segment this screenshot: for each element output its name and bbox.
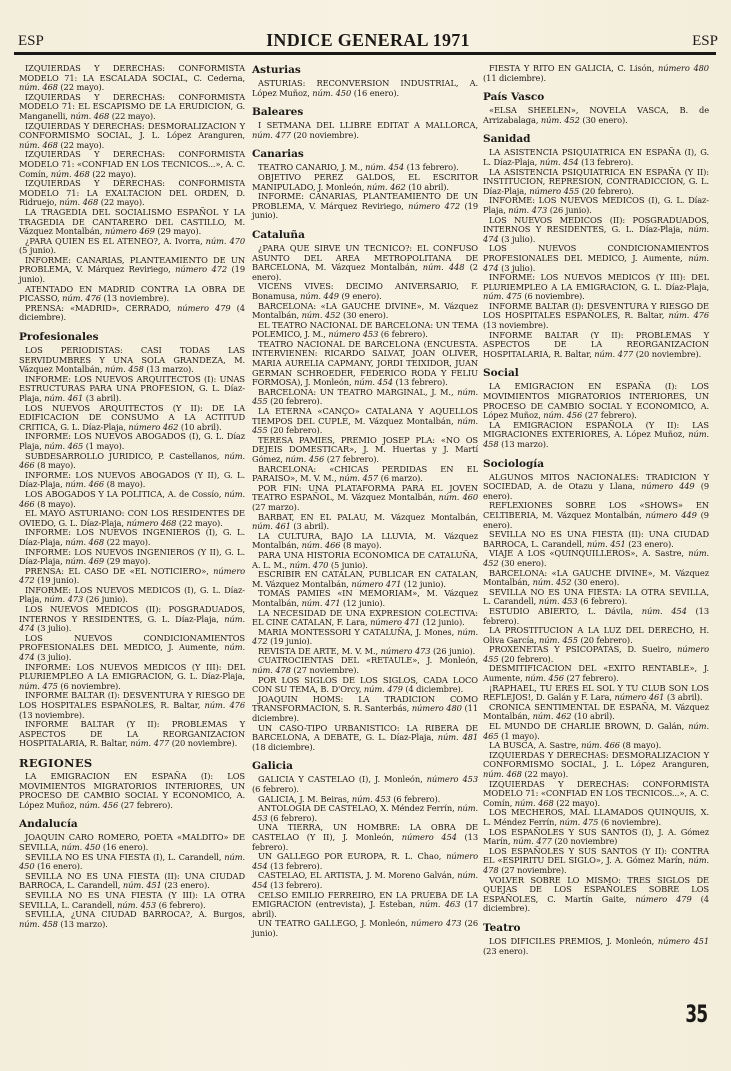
entry-title: ¿PARA QUIEN ES EL ATENEO? [25,236,158,246]
index-entry: BARCELONA: «LA GAUCHE DIVINE», M. Vázque… [252,302,478,321]
entry-title: SUBDESARROLLO JURIDICO [25,451,151,461]
index-entry: INFORME: LOS NUEVOS MEDICOS (Y III): DEL… [483,273,709,302]
entry-issue-number: núm. 477 [130,738,169,748]
entry-author: R. Baltar [554,349,590,359]
entry-date: (23 enero). [628,539,673,549]
entry-issue-number: número 453 [328,329,378,339]
entry-author: V. Márquez Reviriego [76,264,168,274]
entry-date: (22 mayo). [179,518,223,528]
entry-date: (13 marzo). [501,439,548,449]
index-entry: LOS ABOGADOS Y LA POLITICA, A. de Cossío… [19,490,245,509]
entry-author: C. Cederna [193,73,242,83]
index-entry: LOS MECHEROS, MAL LLAMADOS QUINQUIS, X. … [483,808,709,827]
index-entry: LOS DIFICILES PREMIOS, J. Monleón, númer… [483,937,709,956]
entry-issue-number: núm. 473 [44,594,83,604]
entry-date: (6 noviembre). [60,681,120,691]
section-heading: Sanidad [483,133,709,146]
entry-date: (6 febrero). [580,596,627,606]
entry-author: L. Carandell [61,900,112,910]
section-heading: Baleares [252,106,478,119]
index-entry: IZQUIERDAS Y DERECHAS: CONFORMISTA MODEL… [483,780,709,809]
index-entry: PROXENETAS Y PSICOPATAS, D. Sueiro, núme… [483,645,709,664]
index-entry: INFORME: LOS NUEVOS MEDICOS (I), G. L. D… [483,196,709,215]
entry-issue-number: número 449 [646,510,697,520]
index-entry: LA TRAGEDIA DEL SOCIALISMO ESPAÑOL Y LA … [19,208,245,237]
index-entry: INFORME BALTAR (Y II): PROBLEMAS Y ASPEC… [483,331,709,360]
entry-author: R. Baltar [90,738,126,748]
index-entry: POR FIN: UNA PLATAFORMA PARA EL JOVEN TE… [252,484,478,513]
entry-title: VICENS VIVES: DECIMO ANIVERSARIO [258,281,456,291]
entry-issue-number: número 454 [402,832,457,842]
index-entry: INFORME BALTAR (Y II): PROBLEMAS Y ASPEC… [19,720,245,749]
section-heading: País Vasco [483,91,709,104]
entry-date: (3 julio). [37,652,71,662]
entry-issue-number: núm. 456 [285,454,324,464]
index-entry: VOLVER SOBRE LO MISMO: TRES SIGLOS DE QU… [483,876,709,914]
index-entry: EL MAYO ASTURIANO: CON LOS RESIDENTES DE… [19,509,245,528]
section-heading: Cataluña [252,229,478,242]
header-rule [14,52,716,55]
section-heading: Galicia [252,760,478,773]
entry-date: (30 enero). [343,310,388,320]
entry-date: (22 mayo). [556,798,600,808]
index-entry: OBJETIVO PEREZ GALDOS, EL ESCRITOR MANIP… [252,173,478,192]
entry-author: R. Baltar [160,700,197,710]
entry-author: S. R. Santerbás [343,703,407,713]
entry-issue-number: núm. 470 [289,560,328,570]
section-heading: Asturias [252,64,478,77]
index-entry: BARBAT, EN EL PALAU, M. Vázquez Montalbá… [252,513,478,532]
entry-date: (12 junio). [343,598,385,608]
index-entry: CRONICA SENTIMENTAL DE ESPAÑA, M. Vázque… [483,703,709,722]
index-entry: ¡RAPHAEL, TU ERES EL SOL Y TU CLUB SON L… [483,684,709,703]
entry-title: PARA UNA HISTORIA ECONOMICA DE CATALUÑA [258,550,475,560]
entry-issue-number: núm. 454 [354,377,393,387]
entry-issue-number: núm. 468 [483,769,522,779]
entry-issue-number: núm. 478 [252,665,291,675]
entry-date: (1 mayo). [86,441,125,451]
entry-author: A. de Otazu y Llana [538,481,633,491]
index-entry: INFORME: LOS NUEVOS ABOGADOS (I), G. L. … [19,432,245,451]
index-entry: SUBDESARROLLO JURIDICO, P. Castellanos, … [19,452,245,471]
entry-author: B. D'Orcy [320,684,358,694]
index-entry: PARA UNA HISTORIA ECONOMICA DE CATALUÑA,… [252,551,478,570]
index-entry: INFORME BALTAR (I): DESVENTURA Y RIESGO … [483,302,709,331]
entry-title: LA PROSTITUCION A LA LUZ DEL DERECHO [489,625,692,635]
section-heading: Sociología [483,458,709,471]
index-entry: VIAJE A LOS «QUINQUILLEROS», A. Sastre, … [483,549,709,568]
entry-title: CRONICA SENTIMENTAL DE ESPAÑA [489,702,654,712]
entry-date: (12 junio). [423,617,465,627]
index-entry: CUATROCIENTAS DEL «RETAULE», J. Monleón,… [252,656,478,675]
entry-issue-number: núm. 475 [19,681,58,691]
index-entry: PRENSA: EL CASO DE «EL NOTICIERO», númer… [19,567,245,586]
entry-date: (13 noviembre). [104,293,169,303]
entry-issue-number: núm. 453 [539,596,578,606]
entry-issue-number: núm. 481 [438,732,478,742]
page-title: INDICE GENERAL 1971 [18,30,718,51]
entry-author: A. Burgos [199,909,243,919]
entry-issue-number: núm. 456 [79,800,118,810]
entry-issue-number: núm. 454 [365,162,404,172]
index-entry: SEVILLA NO ES UNA FIESTA (Y III): LA OTR… [19,891,245,910]
entry-title: UN TEATRO GALLEGO [258,918,355,928]
entry-author: C. Lisón [617,63,651,73]
entry-date: (3 julio). [501,234,535,244]
entry-date: (27 marzo). [252,502,299,512]
entry-author: G. L. Díaz-Plaja [177,671,242,681]
index-entry: POR LOS SIGLOS DE LOS SIGLOS, CADA LOCO … [252,676,478,695]
entry-title: BARBAT, EN EL PALAU [258,512,365,522]
entry-author: M. Vázquez Montalbán [252,579,346,589]
entry-title: TOMAS PAMIES «IN MEMORIAM» [258,588,417,598]
entry-date: (22 mayo). [60,82,104,92]
entry-issue-number: núm. 476 [62,293,101,303]
index-entry: ESTUDIO ABIERTO, L. Dávila, núm. 454 (13… [483,607,709,626]
entry-title: SEVILLA, ¿UNA CIUDAD BARROCA? [25,909,190,919]
entry-date: (22 mayo). [524,769,568,779]
entry-issue-number: número 468 [126,518,176,528]
section-heading: Social [483,367,709,380]
entry-author: M. Vázquez Montalbán [337,492,432,502]
entry-author: L. Carandell [67,880,118,890]
entry-author: J. M. [431,387,451,397]
entry-title: ESCRIBIR EN CATALAN, PUBLICAR EN CATALAN [258,569,475,579]
entry-author: J. Monleón [607,936,652,946]
entry-date: (20 febrero). [582,186,634,196]
entry-issue-number: núm. 468 [19,82,58,92]
entry-date: (13 febrero). [581,157,633,167]
index-entry: INFORME: LOS NUEVOS ARQUITECTOS (I): UNA… [19,375,245,404]
entry-author: J. Mones [416,627,452,637]
entry-issue-number: núm. 455 [539,635,578,645]
index-entry: TERESA PAMIES, PREMIO JOSEP PLA: «NO OS … [252,436,478,465]
entry-author: M. Vázquez Montalbán [315,262,415,272]
entry-title: BARCELONA: UN TEATRO MARGINAL [258,387,425,397]
index-entry: LOS ESPAÑOLES Y SUS SANTOS (Y II): CONTR… [483,847,709,876]
entry-issue-number: núm. 448 [423,262,465,272]
entry-title: PRENSA: «MADRID», CERRADO [25,303,168,313]
entry-author: G. L. Díaz-Plaja [60,422,123,432]
entry-author: J. Monleón [375,774,420,784]
entry-issue-number: núm. 460 [439,492,478,502]
entry-date: (27 noviembre). [501,865,566,875]
entry-date: (19 junio). [37,575,79,585]
entry-date: (13 marzo). [60,919,107,929]
entry-author: G. L. Díaz-Plaja [641,282,706,292]
entry-author: C. Martín Gaite [547,894,624,904]
entry-issue-number: núm. 468 [51,169,90,179]
index-entry: SEVILLA NO ES UNA FIESTA (II): UNA CIUDA… [483,530,709,549]
index-entry: ¿PARA QUIEN ES EL ATENEO?, A. Ivorra, nú… [19,237,245,256]
entry-date: (30 enero). [501,558,546,568]
index-entry: INFORME: CANARIAS, PLANTEAMIENTO DE UN P… [252,192,478,221]
index-entry: UN TEATRO GALLEGO, J. Monleón, número 47… [252,919,478,938]
entry-title: BARCELONA: «LA GAUCHE DIVINE» [258,301,422,311]
entry-title: LA CULTURA, BAJO LA LLUVIA [258,531,414,541]
entry-issue-number: núm. 453 [352,794,391,804]
entry-author: J. L. López Aranguren [604,759,707,769]
index-entry: UN GALLEGO POR EUROPA, R. L. Chao, númer… [252,852,478,871]
entry-author: P. Castellanos [158,451,217,461]
entry-date: (22 mayo). [112,111,156,121]
entry-issue-number: núm. 475 [483,291,522,301]
entry-date: (3 abril). [86,393,122,403]
entry-author: J. L. López Aranguren [140,130,243,140]
entry-author: G. L. Díaz-Plaja [148,614,217,624]
entry-issue-number: núm. 462 [367,182,406,192]
entry-title: IZQUIERDAS Y DERECHAS: CONFORMISTA MODEL… [19,178,245,198]
entry-author: A. López Muñoz [614,429,682,439]
entry-issue-number: número 462 [128,422,178,432]
entry-issue-number: número 471 [370,617,420,627]
entry-author: J. Monleón [343,832,392,842]
index-entry: IZQUIERDAS Y DERECHAS: CONFORMISTA MODEL… [19,179,245,208]
entry-date: (30 enero). [574,577,619,587]
index-entry: LA EMIGRACION ESPAÑOLA (Y II): LAS MIGRA… [483,421,709,450]
column-2: AsturiasASTURIAS: RECONVERSION INDUSTRIA… [252,64,478,939]
entry-date: (6 febrero). [270,813,317,823]
section-heading: Andalucía [19,818,245,831]
entry-date: (13 febrero). [270,880,322,890]
entry-issue-number: núm. 456 [543,410,582,420]
entry-issue-number: número 449 [641,481,694,491]
entry-author: A. Ivorra [163,236,200,246]
entry-issue-number: número 472 [175,264,227,274]
entry-date: (13 noviembre). [19,710,84,720]
entry-title: LOS MECHEROS, MAL LLAMADOS QUINQUIS [489,807,694,817]
entry-date: (22 mayo). [60,140,104,150]
entry-issue-number: número 469 [105,226,155,236]
entry-author: L. Carandell [483,596,534,606]
entry-date: (10 abril). [574,711,615,721]
entry-title: INFORME: LOS NUEVOS ABOGADOS (I) [25,431,198,441]
index-entry: TOMAS PAMIES «IN MEMORIAM», M. Vázquez M… [252,589,478,608]
entry-date: (27 noviembre). [293,665,358,675]
entry-author: A. de Cossío [168,489,219,499]
entry-issue-number: número 479 [177,303,230,313]
entry-date: (6 febrero). [252,784,299,794]
index-entry: LOS NUEVOS MEDICOS (II): POSGRADUADOS, I… [19,605,245,634]
entry-author: M. Vázquez Montalbán [354,416,451,426]
entry-title: VIAJE A LOS «QUINQUILLEROS» [489,548,635,558]
index-entry: LA PROSTITUCION A LA LUZ DEL DERECHO, H.… [483,626,709,645]
entry-author: G. L. Díaz-Plaja [366,732,432,742]
entry-issue-number: núm. 466 [65,479,104,489]
entry-author: J. Esteban [370,899,413,909]
entry-issue-number: núm. 463 [420,899,461,909]
index-entry: LOS PERIODISTAS: CASI TODAS LAS SERVIDUM… [19,346,245,375]
entry-title: INFORME: LOS NUEVOS INGENIEROS (I) [25,527,215,537]
entry-author: R. L. Chao [391,851,439,861]
index-entry: LA NECESIDAD DE UNA EXPRESION COLECTIVA:… [252,609,478,628]
entry-issue-number: núm. 466 [302,540,341,550]
entry-title: INFORME: LOS NUEVOS MEDICOS (I) [489,195,658,205]
entry-title: LOS PERIODISTAS: CASI TODAS LAS SERVIDUM… [19,345,245,365]
index-entry: VICENS VIVES: DECIMO ANIVERSARIO, F. Bon… [252,282,478,301]
entry-title: LA ASISTENCIA PSIQUIATRICA EN ESPAÑA (Y … [483,167,709,187]
entry-title: «ELSA SHEELEN», NOVELA VASCA [489,105,666,115]
entry-date: (23 enero). [483,946,528,956]
entry-issue-number: número 480 [412,703,462,713]
entry-issue-number: núm. 468 [59,197,98,207]
entry-title: GALICIA Y CASTELAO (I) [258,774,368,784]
entry-issue-number: número 473 [411,918,461,928]
entry-issue-number: núm. 479 [364,684,403,694]
entry-issue-number: núm. 470 [206,236,245,246]
entry-issue-number: núm. 456 [525,673,564,683]
entry-issue-number: núm. 454 [540,157,579,167]
entry-title: REVISTA DE ARTE [258,646,337,656]
entry-date: (1 mayo). [501,731,540,741]
entry-title: ASTURIAS: RECONVERSION INDUSTRIAL [258,78,456,88]
column-1: IZQUIERDAS Y DERECHAS: CONFORMISTA MODEL… [19,64,245,929]
entry-date: (10 abril). [181,422,222,432]
index-entry: LOS ESPAÑOLES Y SUS SANTOS (I), J. A. Gó… [483,828,709,847]
entry-date: (20 febrero). [270,425,322,435]
index-entry: BARCELONA: UN TEATRO MARGINAL, J. M., nú… [252,388,478,407]
entry-date: (6 noviembre). [524,291,584,301]
index-entry: ATENTADO EN MADRID CONTRA LA OBRA DE PIC… [19,285,245,304]
entry-title: SEVILLA NO ES UNA FIESTA: LA OTRA SEVILL… [489,587,706,597]
entry-author: D. Galán y F. Lara [536,692,609,702]
index-entry: EL MUNDO DE CHARLIE BROWN, D. Galán, núm… [483,722,709,741]
entry-issue-number: núm. 477 [513,836,552,846]
entry-date: (3 abril). [667,692,703,702]
index-entry: ¿PARA QUE SIRVE UN TECNICO?: EL CONFUSO … [252,244,478,282]
entry-date: (29 mayo). [107,556,151,566]
entry-author: G. L. Díaz-Plaja [58,518,121,528]
entry-author: J. Aumente [168,642,216,652]
entry-issue-number: núm. 451 [587,539,626,549]
entry-title: PRENSA: EL CASO DE «EL NOTICIERO» [25,566,206,576]
index-entry: INFORME: LOS NUEVOS INGENIEROS (Y II), G… [19,548,245,567]
entry-title: IZQUIERDAS Y DERECHAS: CONFORMISTA MODEL… [483,779,709,799]
entry-issue-number: núm. 462 [533,711,572,721]
index-entry: GALICIA Y CASTELAO (I), J. Monleón, núme… [252,775,478,794]
page-header: ESP INDICE GENERAL 1971 ESP [18,30,718,52]
index-entry: SEVILLA NO ES UNA FIESTA: LA OTRA SEVILL… [483,588,709,607]
entry-author: L. Carandell [531,539,582,549]
entry-author: J. A. Gómez Marín [606,855,682,865]
entry-date: (12 junio). [404,579,446,589]
index-entry: FIESTA Y RITO EN GALICIA, C. Lisón, núme… [483,64,709,83]
entry-title: LOS DIFICILES PREMIOS [489,936,600,946]
entry-issue-number: núm. 457 [339,473,378,483]
index-entry: UN CASO-TIPO URBANISTICO: LA RIBERA DE B… [252,724,478,753]
entry-issue-number: núm. 477 [594,349,633,359]
entry-date: (3 abril). [293,521,329,531]
entry-issue-number: núm. 477 [252,130,291,140]
entry-title: IZQUIERDAS Y DERECHAS: CONFORMISTA MODEL… [19,92,245,112]
entry-date: (5 junio). [331,560,368,570]
index-entry: SEVILLA NO ES UNA FIESTA (II): UNA CIUDA… [19,872,245,891]
index-entry: «ELSA SHEELEN», NOVELA VASCA, B. de Arri… [483,106,709,125]
index-entry: LOS NUEVOS CONDICIONAMIENTOS PROFESIONAL… [483,244,709,273]
entry-issue-number: núm. 468 [515,798,554,808]
section-heading: Teatro [483,922,709,935]
entry-date: (6 marzo). [381,473,423,483]
index-entry: ALGUNOS MITOS NACIONALES: TRADICION Y SO… [483,473,709,502]
entry-title: LA BUSCA [489,740,533,750]
entry-author: J. M. Beiras [299,794,346,804]
entry-title: GALICIA [258,794,294,804]
index-entry: LA EMIGRACION EN ESPAÑA (I): LOS MOVIMIE… [19,772,245,810]
index-entry: ESCRIBIR EN CATALAN, PUBLICAR EN CATALAN… [252,570,478,589]
index-entry: INFORME BALTAR (I): DESVENTURA Y RIESGO … [19,691,245,720]
entry-date: (16 enero). [37,861,82,871]
entry-issue-number: núm. 476 [669,310,710,320]
entry-issue-number: número 471 [351,579,401,589]
entry-date: (20 noviembre) [554,836,617,846]
index-entry: UNA TIERRA, UN HOMBRE: LA OBRA DE CASTEL… [252,823,478,852]
entry-issue-number: núm. 453 [117,900,156,910]
index-entry: LA CULTURA, BAJO LA LLUVIA, M. Vázquez M… [252,532,478,551]
entry-issue-number: núm. 452 [533,577,572,587]
index-entry: INFORME: LOS NUEVOS MEDICOS (I), G. L. D… [19,586,245,605]
index-entry: LOS NUEVOS CONDICIONAMIENTOS PROFESIONAL… [19,634,245,663]
entry-author: D. Sueiro [627,644,669,654]
page-number: 35 [685,1000,707,1028]
entry-issue-number: núm. 468 [70,111,109,121]
entry-issue-number: núm. 468 [65,537,104,547]
index-entry: BARCELONA: «LA GAUCHE DIVINE», M. Vázque… [483,569,709,588]
entry-issue-number: núm. 458 [105,364,144,374]
index-entry: IZQUIERDAS Y DERECHAS: CONFORMISTA MODEL… [19,64,245,93]
index-entry: JOAQUIN CARO ROMERO, POETA «MALDITO» DE … [19,833,245,852]
index-entry: LA ETERNA «CANÇO» CATALANA Y AQUELLOS TI… [252,407,478,436]
index-entry: INFORME: LOS NUEVOS ABOGADOS (Y II), G. … [19,471,245,490]
entry-author: J. Aumente [632,253,680,263]
entry-date: (29 mayo). [157,226,201,236]
entry-author: J. M. [341,162,360,172]
entry-date: (3 julio). [37,623,71,633]
index-entry: I SETMANA DEL LLIBRE EDITAT A MALLORCA, … [252,121,478,140]
entry-date: (20 febrero). [580,635,632,645]
entry-date: (8 mayo). [37,460,76,470]
entry-date: (9 enero). [342,291,382,301]
entry-issue-number: núm. 475 [559,817,598,827]
index-entry: CASTELAO, EL ARTISTA, J. M. Moreno Galvá… [252,871,478,890]
entry-title: MARIA MONTESSORI Y CATALUÑA [258,627,410,637]
index-entry: INFORME: CANARIAS, PLANTEAMIENTO DE UN P… [19,256,245,285]
entry-date: (10 abril). [408,182,449,192]
entry-title: CASTELAO, EL ARTISTA [258,870,361,880]
entry-issue-number: número 451 [658,936,709,946]
entry-issue-number: número 455 [529,186,579,196]
index-entry: INFORME: LOS NUEVOS MEDICOS (Y III): DEL… [19,663,245,692]
entry-title: ESTUDIO ABIERTO [489,606,577,616]
entry-author: J. Monleón [427,655,475,665]
entry-title: INFORME: LOS NUEVOS MEDICOS (I) [25,585,194,595]
entry-author: J. Monleón [305,377,349,387]
entry-title: BARCELONA: «LA GAUCHE DIVINE» [489,568,653,578]
entry-title: LA EMIGRACION EN ESPAÑA (I): LOS MOVIMIE… [19,771,245,800]
entry-issue-number: núm. 466 [581,740,620,750]
header-section-right: ESP [692,33,718,50]
entry-date: (27 febrero). [567,673,619,683]
entry-date: (13 marzo). [146,364,193,374]
entry-date: (16 enero). [103,842,148,852]
entry-date: (27 febrero). [327,454,379,464]
entry-title: INFORME: LOS NUEVOS ABOGADOS (Y II) [25,470,217,480]
entry-title: LA EMIGRACION EN ESPAÑA (I): LOS MOVIMIE… [483,381,709,410]
index-entry: LA ASISTENCIA PSIQUIATRICA EN ESPAÑA (I)… [483,148,709,167]
entry-title: EL MUNDO DE CHARLIE BROWN [489,721,638,731]
section-heading: REGIONES [19,757,245,770]
entry-date: (26 junio). [86,594,128,604]
index-entry: JOAQUIN HOMS: LA TRADICION COMO TRANSFOR… [252,695,478,724]
